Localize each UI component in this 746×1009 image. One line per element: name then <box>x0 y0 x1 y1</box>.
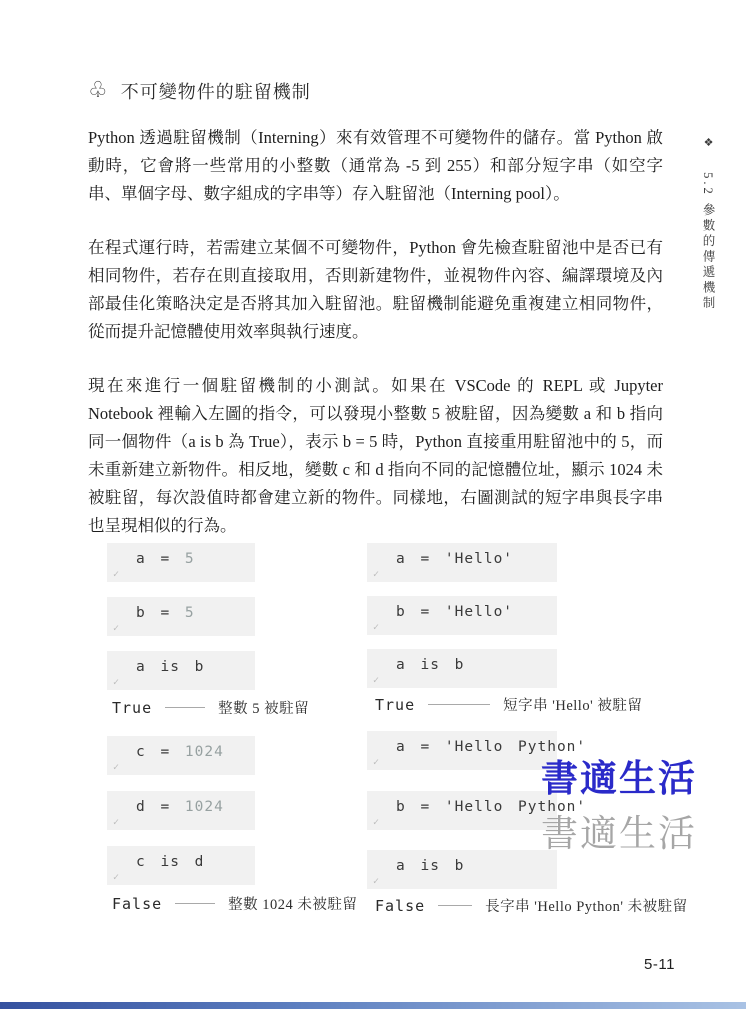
code-cell-b-eq-5: b = 5 ✓ <box>107 597 255 636</box>
clover-icon: ♧ <box>88 79 108 101</box>
paragraph-mechanism: 在程式運行時，若需建立某個不可變物件，Python 會先檢查駐留池中是否已有相同… <box>88 234 663 346</box>
code-cell-b-eq-hello: b = 'Hello' ✓ <box>367 596 557 635</box>
check-icon: ✓ <box>373 817 379 828</box>
watermark-gray: 書適生活 <box>541 803 697 857</box>
code-cell-b-eq-hello-python: b = 'Hello Python' ✓ <box>367 791 557 830</box>
code-cell-a-is-b-longstr: a is b ✓ <box>367 850 557 889</box>
result-label: 整數 1024 未被駐留 <box>228 893 357 914</box>
code-text: b = <box>136 605 185 621</box>
margin-tab: ❖ 5.2 參數的傳遞機制 <box>699 136 717 336</box>
check-icon: ✓ <box>373 675 379 686</box>
result-label: 長字串 'Hello Python' 未被駐留 <box>485 895 687 916</box>
code-text: a is b <box>396 858 464 874</box>
page-number: 5-11 <box>644 956 675 973</box>
section-heading-text: 不可變物件的駐留機制 <box>121 78 311 104</box>
section-heading: ♧ 不可變物件的駐留機制 <box>88 78 311 104</box>
result-value: True <box>112 699 152 717</box>
check-icon: ✓ <box>373 757 379 768</box>
check-icon: ✓ <box>373 876 379 887</box>
result-value: True <box>375 696 415 714</box>
paragraph-intro: Python 透過駐留機制（Interning）來有效管理不可變物件的儲存。當 … <box>88 124 663 208</box>
book-page: ♧ 不可變物件的駐留機制 ❖ 5.2 參數的傳遞機制 Python 透過駐留機制… <box>0 0 746 1009</box>
result-row-int-true: True 整數 5 被駐留 <box>112 697 309 718</box>
code-text: c = <box>136 744 185 760</box>
check-icon: ✓ <box>113 817 119 828</box>
code-text: b = 'Hello' <box>396 604 513 620</box>
dash-line <box>175 903 215 904</box>
code-text: a = <box>136 551 185 567</box>
code-cell-c-eq-1024: c = 1024 ✓ <box>107 736 255 775</box>
code-text: a is b <box>396 657 464 673</box>
check-icon: ✓ <box>373 569 379 580</box>
code-cell-c-is-d: c is d ✓ <box>107 846 255 885</box>
result-row-longstr-false: False 長字串 'Hello Python' 未被駐留 <box>375 895 688 916</box>
code-cell-a-eq-hello-python: a = 'Hello Python' ✓ <box>367 731 557 770</box>
check-icon: ✓ <box>113 677 119 688</box>
code-value: 1024 <box>185 744 224 760</box>
margin-tab-text: 5.2 參數的傳遞機制 <box>701 172 715 311</box>
code-cell-a-eq-hello: a = 'Hello' ✓ <box>367 543 557 582</box>
code-value: 5 <box>185 551 195 567</box>
code-value: 5 <box>185 605 195 621</box>
check-icon: ✓ <box>113 623 119 634</box>
dash-line <box>438 905 472 906</box>
code-value: 1024 <box>185 799 224 815</box>
watermark-blue: 書適生活 <box>541 748 697 802</box>
diamond-icon: ❖ <box>702 136 714 152</box>
result-row-str-true: True 短字串 'Hello' 被駐留 <box>375 694 642 715</box>
bottom-accent-bar <box>0 1002 746 1009</box>
check-icon: ✓ <box>113 762 119 773</box>
check-icon: ✓ <box>113 872 119 883</box>
code-cell-d-eq-1024: d = 1024 ✓ <box>107 791 255 830</box>
dash-line <box>165 707 205 708</box>
code-text: a is b <box>136 659 204 675</box>
result-value: False <box>112 895 162 913</box>
code-text: a = 'Hello' <box>396 551 513 567</box>
check-icon: ✓ <box>113 569 119 580</box>
code-cell-a-is-b-int: a is b ✓ <box>107 651 255 690</box>
code-cell-a-is-b-str: a is b ✓ <box>367 649 557 688</box>
result-label: 短字串 'Hello' 被駐留 <box>503 694 642 715</box>
code-text: d = <box>136 799 185 815</box>
check-icon: ✓ <box>373 622 379 633</box>
dash-line <box>428 704 490 705</box>
code-text: c is d <box>136 854 204 870</box>
result-row-int-false: False 整數 1024 未被駐留 <box>112 893 357 914</box>
paragraph-test: 現在來進行一個駐留機制的小測試。如果在 VSCode 的 REPL 或 Jupy… <box>88 372 663 540</box>
result-value: False <box>375 897 425 915</box>
result-label: 整數 5 被駐留 <box>218 697 309 718</box>
code-cell-a-eq-5: a = 5 ✓ <box>107 543 255 582</box>
